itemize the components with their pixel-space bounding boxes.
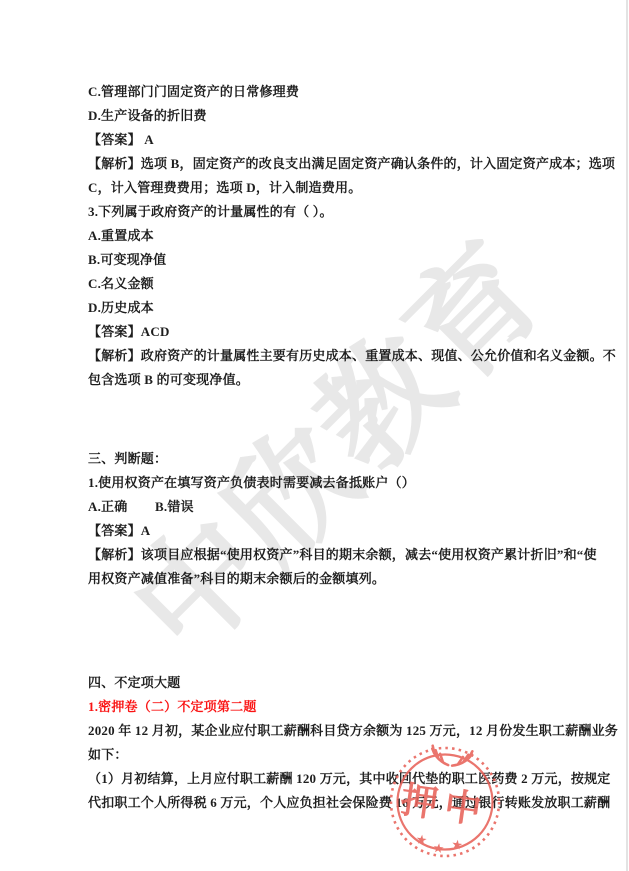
star-icon: ★ [450, 836, 464, 852]
document-lines: C.管理部门门固定资产的日常修理费D.生产设备的折旧费【答案】 A【解析】选项 … [88, 80, 560, 815]
answer-line: 【答案】ACD [88, 320, 560, 344]
document-page: 中欣教育 C.管理部门门固定资产的日常修理费D.生产设备的折旧费【答案】 A【解… [0, 0, 629, 871]
page-right-edge-line [626, 0, 628, 871]
question-1: 1.使用权资产在填写资产负债表时需要减去备抵账户（） [88, 471, 560, 495]
section-gap [88, 591, 560, 671]
option-b: B.可变现净值 [88, 248, 560, 272]
analysis-line: 【解析】该项目应根据“使用权资产”科目的期末余额，减去“使用权资产累计折旧”和“… [88, 543, 560, 567]
analysis-line: 【解析】政府资产的计量属性主要有历史成本、重置成本、现值、公允价值和名义金额。不 [88, 344, 560, 368]
question-body: 2020 年 12 月初，某企业应付职工薪酬科目贷方余额为 125 万元，12 … [88, 719, 560, 743]
option-d: D.生产设备的折旧费 [88, 104, 560, 128]
section-heading-indeterminate: 四、不定项大题 [88, 671, 560, 695]
star-icon: ★ [415, 831, 429, 847]
question-body: （1）月初结算，上月应付职工薪酬 120 万元，其中收回代垫的职工医药费 2 万… [88, 767, 560, 791]
question-body: 代扣职工个人所得税 6 万元，个人应负担社会保险费 16 万元，通过银行转账发放… [88, 791, 560, 815]
red-subtitle: 1.密押卷（二）不定项第二题 [88, 695, 560, 719]
option-c: C.管理部门门固定资产的日常修理费 [88, 80, 560, 104]
option-a: A.重置成本 [88, 224, 560, 248]
analysis-line: C，计入管理费费用；选项 D，计入制造费用。 [88, 176, 560, 200]
analysis-line: 包含选项 B 的可变现净值。 [88, 368, 560, 392]
section-gap [88, 392, 560, 447]
true-false-options: A.正确 B.错误 [88, 495, 560, 519]
section-heading-judgment: 三、判断题： [88, 447, 560, 471]
question-3: 3.下列属于政府资产的计量属性的有（ ）。 [88, 200, 560, 224]
star-icon: ★ [432, 840, 446, 856]
analysis-line: 用权资产减值准备”科目的期末余额后的金额填列。 [88, 567, 560, 591]
option-c: C.名义金额 [88, 272, 560, 296]
answer-line: 【答案】A [88, 519, 560, 543]
question-body: 如下： [88, 743, 560, 767]
analysis-line: 【解析】选项 B，固定资产的改良支出满足固定资产确认条件的，计入固定资产成本；选… [88, 152, 560, 176]
answer-line: 【答案】 A [88, 128, 560, 152]
option-d: D.历史成本 [88, 296, 560, 320]
